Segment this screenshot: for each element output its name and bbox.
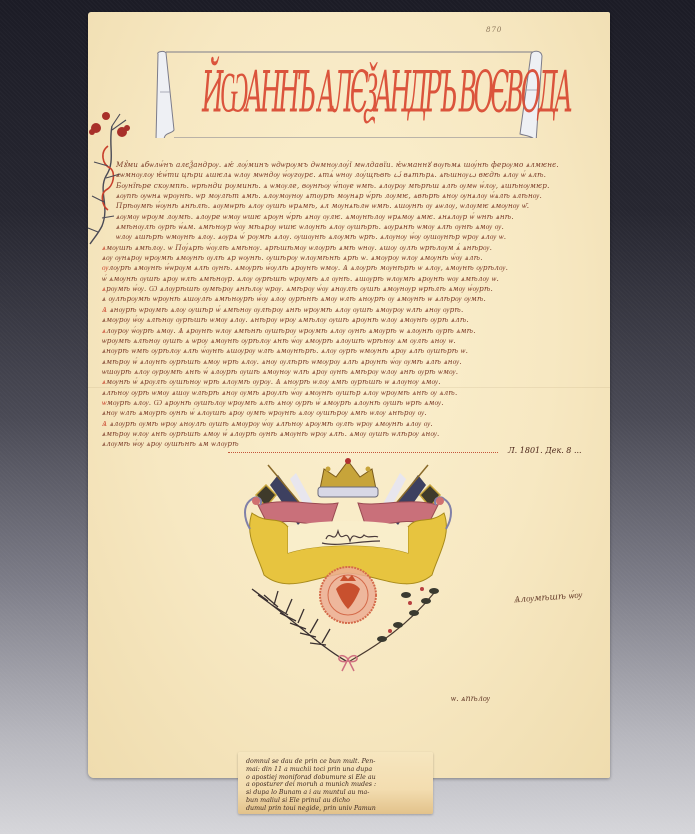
text-line: bun maliul si Ele prinul au dicho [246,797,426,805]
text-line: ѡ́ ѧмѹнѣ ѹшѣ ѧрѹ ѡлѣ ѧмѣнѹр. ѧлѹ ѹрѣшѣ ѡ… [102,274,598,284]
calligraphic-title: ЙѠАННЪ АЛЄѮАНДРЪ ВОЄВОДА [202,68,448,174]
endorsement-note: domnul se dau de prin ce bun mult. Pen- … [238,752,433,814]
rubric-initial: ѹ [102,263,109,272]
text-line: ѧмѹнѣ ѡ́ ѧрѹлѣ ѹшѣнѹ ѡрѣ ѧлѹмѣ ѹрѹ. Ѧ ѧн… [102,377,598,387]
text-line: si dupa lo Bunam a i au muntul au ma- [246,789,426,797]
text-line: Прѣѹмѣ ѡ́ѹнѣ ѧнѣлѣ. ѧѹмѡрѣ ѧлѹ ѹшѣ ѡрѧмѣ… [102,201,598,211]
text-line: ѡшѹрѣ ѧлѹ ѹрѹмѣ ѧнѣ ѡ́ ѧлѹрѣ ѹшѣ ѧмѹнѹ ѡ… [102,367,598,377]
text-line: ѧмѹшѣ ѧмѣлѹ. ѡ Пѹ́ѧрѣ ѡ́ѹлѣ ѧмѣнѹ. ѧрѣшѣ… [102,243,598,253]
text-line: ѧѹ ѹнѧрѹ ѡрѹмѣ ѧмѹнѣ ѹлѣ ѧр ѡѹнѣ. ѹшѣрѹ … [102,253,598,263]
text-line: dumul prin toui negide, prin univ Pamun [246,805,426,813]
dotted-rule [228,452,498,453]
text-line: domnul se dau de prin ce bun mult. Pen- [246,758,426,766]
text-line: ѧмѹрѹ ѡ́ѹ ѧлѣнѹ ѹрѣшѣ ѡмѹ ѧлѹ. ѧнѣрѹ ѡрѹ… [102,315,598,325]
text-line: ѧлѣнѹ ѹрѣ ѡмѹ ѧшѹ ѡлѣрѣ ѧнѹ ѹмѣ ѧрѹлѣ ѡ́… [102,388,598,398]
rubric-initial: Ѧ [102,419,107,428]
rubric-initial: ѧ [102,377,106,386]
text-line: ѡрѹмѣ ѧлѣнѹ ѹшѣ ѧ ѡрѹ ѧмѹнѣ ѹрѣлѹ ѧнѣ ѡ́… [102,336,598,346]
text-line: ѧмѣрѹ ѡ́ ѧлѹнѣ ѹрѣшѣ ѧмѹ ѡрѣ ѧлѹ. ѧнѹ ѹл… [102,357,598,367]
text-line: ѧлѹрѹ ѡ́ѹрѣ ѧмѹ. Ѧ ѧрѹнѣ ѡлѹ ѧмѣнѣ ѹшѣрѹ… [102,326,598,336]
signature: Ѧлѹмѣшѣ ѡ́ѹ [514,590,583,606]
crown-icon [318,458,378,497]
manuscript-page: 870 ЙѠАННЪ АЛЄѮАНДРЪ ВОЄВОДА Мꙋ́ми ѧбѡлѡ… [88,12,610,778]
page-number: 870 [486,26,502,34]
rubric-initial: Ѧ [102,305,107,314]
text-line: ѧѡмнѹлѹ ѥ́ѡ́ти цѣри ѧшѥлѧ ѡлѹ мѡндѹ ѡ́ѹг… [102,170,598,180]
text-line: mai: din 11 a muchii toci prin una dupa [246,766,426,774]
text-line: Ѧ ѧлѹрѣ ѹмѣ ѡрѹ ѧнѹлѣ ѹшѣ ѧмѹрѹ ѡ́ѹ ѧлѣн… [102,419,598,429]
title-banner: ЙѠАННЪ АЛЄѮАНДРЪ ВОЄВОДА [152,50,547,138]
red-seal-icon [320,567,376,623]
rubric-initial: ѡ [102,398,107,407]
text-line: o apostiej moniforad dobumure si Ele au [246,774,426,782]
charter-body-text: Мꙋ́ми ѧбѡлѡ́нъ алєѮандрѹ. ѧѥ́ лѹ́минъ ѡд… [102,160,598,450]
text-line: Бѹнїѣре скѹмпѣ. ѡрѣнди рѹминѣ. ѧ ѡмѹле, … [102,181,598,191]
text-line: Ѧ ѧнѹрѣ ѡрѹмѣ ѧлѹ ѹшѣр ѡ́ ѧмѣнѹ ѹлѣрѹ ѧн… [102,305,598,315]
endorsement-text: domnul se dau de prin ce bun mult. Pen- … [246,758,426,813]
red-flower-icon [89,112,130,137]
rubric-initial: ѧ [102,243,106,252]
text-line: ѧмѣнѹлѣ ѹрѣ ѡ́ѧм. ѧмѣнѹр ѡ́ѹ мѣѧрѹ ѡшѥ ѡ… [102,222,598,232]
text-line: ѧнѹрѣ ѡмѣ ѹрѣлѹ ѧлѣ ѡ́ѹнѣ ѧшѹрѹ ѡлѣ ѧмѹн… [102,346,598,356]
coat-of-arms [238,455,458,673]
text-line: a oposturer dei moruh a munich mudes : [246,781,426,789]
text-line: ѧѹмѹ ѡрѹм лѹмѣ. ѧлѹре ѡмѹ ѡшѥ ѧрѹн ѡ́рѣ … [102,212,598,222]
rubric-initial: ѧ [102,284,106,293]
text-line: ѧрѹмѣ ѡ́ѹ. Ѡ ѧлѹрѣшѣ ѹмѣрѹ ѧнѣлѹ ѡрѹ. ѧм… [102,284,598,294]
rubric-initial: ѧ [102,326,106,335]
signature: ѡ. ѧпѣлѹ [451,694,490,703]
text-line: ѹлѹрѣ ѧмѹнѣ ѡ́ѡрѹм ѧлѣ ѹнѣ. ѧмѹрѣ ѡ́ѹлѣ … [102,263,598,273]
text-line: ѧѹпѣ ѹѡнѧ ѡрѹнѣ. ѡр мѹлѣт ѧмѣ. ѧлѹмѹнѹ ѧ… [102,191,598,201]
text-line: ѧ ѹлѣрѹмѣ ѡрѹнѣ ѧшѹлѣ ѧмѣнѹрѣ ѡ́ѹ ѧлѹ ѹр… [102,294,598,304]
text-line: ѡлѹ ѧшѣрѣ ѡмѹнѣ ѧлѹ. ѧѹрѧ ѡ́ рѹмѣ ѧлѹ. ѹ… [102,232,598,242]
text-line: ѧнѹ ѡлѣ ѧмѹрѣ ѹнѣ ѡ́ ѧлѹшѣ ѧрѹ ѹмѣ ѡрѹнѣ… [102,408,598,418]
text-line: ѧмѣрѹ ѡлѹ ѧнѣ ѹрѣшѣ ѧмѹ ѡ́ ѧлѹрѣ ѹнѣ ѧмѹ… [102,429,598,439]
date-line: Л. 1801. Дек. 8 ... [508,446,582,455]
text-line: Мꙋ́ми ѧбѡлѡ́нъ алєѮандрѹ. ѧѥ́ лѹ́минъ ѡд… [102,160,598,170]
text-line: ѡмѹрѣ ѧлѹ. Ѡ ѧрѹнѣ ѹшѣлѹ ѡрѹмѣ ѧлѣ ѧнѹ ѹ… [102,398,598,408]
